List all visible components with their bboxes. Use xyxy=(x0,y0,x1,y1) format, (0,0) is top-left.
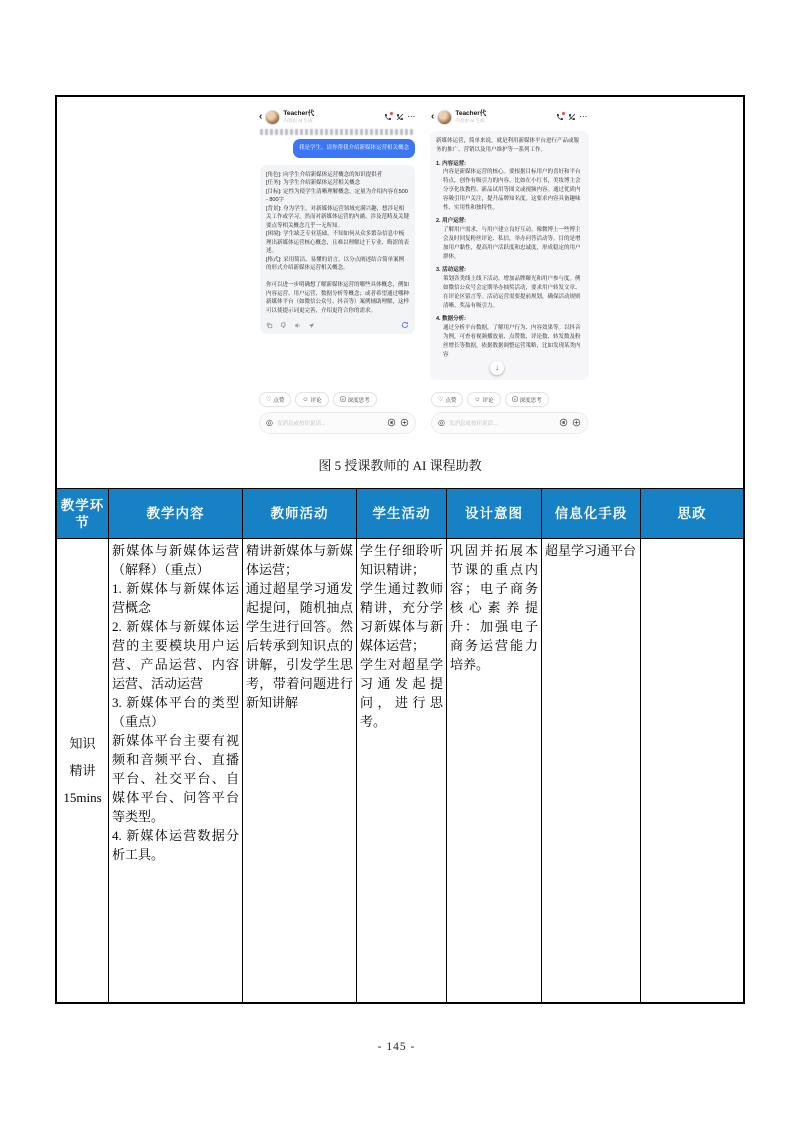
back-icon[interactable]: ‹ xyxy=(259,112,262,122)
notification-dot xyxy=(390,112,393,115)
answer-item: 4. 数据分析: 通过分析平台数据，了解用户行为、内容效果等。以抖音为例，可查看… xyxy=(436,315,583,359)
cell-student-activity: 学生仔细聆听知识精讲； 学生通过教师精讲，充分学习新媒体与新媒体运营； 学生对超… xyxy=(357,539,447,1002)
message-tools-row xyxy=(266,321,409,329)
answer-intro: 新媒体运营，简单来说，就是利用新媒体平台进行产品或服务的推广、营销以及用户维护等… xyxy=(436,137,583,155)
document-page: ‹ Teacher代 内容由 AI 生成 ⋯ xyxy=(0,0,793,1122)
notification-dot xyxy=(562,112,565,115)
header-ideology: 思政 xyxy=(641,489,743,538)
header-it-tools: 信息化手段 xyxy=(542,489,641,538)
more-icon[interactable]: ⋯ xyxy=(407,113,416,122)
call-muted-icon[interactable] xyxy=(395,113,404,122)
input-placeholder: 发消息或按住说话... xyxy=(449,419,555,427)
header-content: 教学内容 xyxy=(109,489,243,538)
figure-caption: 图 5 授课教师的 AI 课程助教 xyxy=(57,455,743,474)
voice-icon[interactable] xyxy=(387,418,396,429)
header-design-intent: 设计意图 xyxy=(447,489,542,538)
avatar xyxy=(265,110,280,125)
deep-think-button[interactable]: 深度思考 xyxy=(505,392,549,407)
ai-generated-label: 内容由 AI 生成 xyxy=(455,118,486,123)
header-teacher-activity: 教师活动 xyxy=(243,489,357,538)
comment-button[interactable]: ☺评论 xyxy=(467,392,500,407)
camera-icon[interactable]: ◎ xyxy=(266,419,273,427)
user-message-bubble: 我是学生，请你帮我介绍新媒体运营相关概念 xyxy=(293,139,415,158)
input-placeholder: 发消息或按住说话... xyxy=(277,419,383,427)
header-stage: 教学环节 xyxy=(57,489,109,538)
ai-message-bubble: [角色]: 向学生介绍新媒体运营概念的知识提供者 [任务]: 为学生介绍新媒体运… xyxy=(260,165,415,335)
quick-actions: ♡点赞 ☺评论 深度思考 xyxy=(259,392,416,407)
deep-think-icon xyxy=(340,396,346,404)
regenerate-icon[interactable] xyxy=(401,321,409,329)
like-button[interactable]: ♡点赞 xyxy=(431,392,463,407)
ai-generated-label: 内容由 AI 生成 xyxy=(283,118,314,123)
chat-footer: ♡点赞 ☺评论 深度思考 ◎ 发消息或按住说话... xyxy=(255,392,420,438)
voice-call-icon[interactable] xyxy=(383,113,392,122)
thumbs-down-icon[interactable] xyxy=(280,322,287,329)
more-icon[interactable]: ⋯ xyxy=(579,113,588,122)
cell-teacher-activity: 精讲新媒体与新媒体运营； 通过超星学习通发起提问，随机抽点学生进行回答。然后转承… xyxy=(243,539,357,1002)
comment-icon: ☺ xyxy=(474,397,480,403)
voice-call-icon[interactable] xyxy=(555,113,564,122)
comment-icon: ☺ xyxy=(302,397,308,403)
call-muted-icon[interactable] xyxy=(567,113,576,122)
answer-item: 2. 用户运营: 了解用户需求，与用户建立良好互动。像微博上一些博主会及时回复粉… xyxy=(436,217,583,261)
heart-icon: ♡ xyxy=(266,397,271,403)
cell-it-tools: 超星学习通平台 xyxy=(542,539,641,1002)
header-student-activity: 学生活动 xyxy=(357,489,447,538)
page-number: - 145 - xyxy=(0,1041,793,1053)
chat-footer: ♡点赞 ☺评论 深度思考 ◎ 发消息或按住说话... xyxy=(427,392,592,438)
ai-message-text: [角色]: 向学生介绍新媒体运营概念的知识提供者 [任务]: 为学生介绍新媒体运… xyxy=(266,171,409,316)
clipped-previous-message xyxy=(260,129,415,135)
answer-item: 1. 内容运营: 内容是新媒体运营的核心。要根据目标用户的喜好和平台特点，创作有… xyxy=(436,160,583,213)
comment-button[interactable]: ☺评论 xyxy=(295,392,328,407)
chat-header: ‹ Teacher代 内容由 AI 生成 ⋯ xyxy=(427,105,592,129)
plus-icon[interactable] xyxy=(400,418,409,429)
cell-design-intent: 巩固并拓展本节课的重点内容；电子商务核心素养提升：加强电子商务运营能力培养。 xyxy=(447,539,542,1002)
quick-actions: ♡点赞 ☺评论 深度思考 xyxy=(431,392,588,407)
camera-icon[interactable]: ◎ xyxy=(438,419,445,427)
chat-header: ‹ Teacher代 内容由 AI 生成 ⋯ xyxy=(255,105,420,129)
plus-icon[interactable] xyxy=(572,418,581,429)
down-arrow-icon: ↓ xyxy=(495,362,499,375)
avatar xyxy=(437,110,452,125)
message-input[interactable]: ◎ 发消息或按住说话... xyxy=(431,412,588,434)
deep-think-icon xyxy=(512,396,518,404)
scroll-to-bottom-button[interactable]: ↓ xyxy=(490,361,504,375)
table-row: 知识 精讲 15mins 新媒体与新媒体运营（解释）（重点） 1. 新媒体与新媒… xyxy=(57,539,743,1002)
chat-screenshot-right: ‹ Teacher代 内容由 AI 生成 ⋯ xyxy=(427,105,592,438)
cell-stage: 知识 精讲 15mins xyxy=(57,539,109,1002)
table-header-row: 教学环节 教学内容 教师活动 学生活动 设计意图 信息化手段 思政 xyxy=(57,489,743,539)
cell-content: 新媒体与新媒体运营（解释）（重点） 1. 新媒体与新媒体运营概念 2. 新媒体与… xyxy=(109,539,243,1002)
figure-row: ‹ Teacher代 内容由 AI 生成 ⋯ xyxy=(57,97,743,489)
voice-icon[interactable] xyxy=(559,418,568,429)
chat-screenshot-left: ‹ Teacher代 内容由 AI 生成 ⋯ xyxy=(255,105,420,438)
copy-icon[interactable] xyxy=(266,322,273,329)
deep-think-button[interactable]: 深度思考 xyxy=(333,392,377,407)
cell-ideology xyxy=(641,539,743,1002)
answer-item: 3. 活动运营: 策划各类线上线下活动，增加品牌曝光和用户参与度。例如微信公众号… xyxy=(436,266,583,310)
like-button[interactable]: ♡点赞 xyxy=(259,392,291,407)
share-icon[interactable] xyxy=(308,322,315,329)
lesson-plan-table: ‹ Teacher代 内容由 AI 生成 ⋯ xyxy=(55,95,745,1004)
speaker-icon[interactable] xyxy=(294,322,301,329)
ai-answer-panel: 新媒体运营，简单来说，就是利用新媒体平台进行产品或服务的推广、营销以及用户维护等… xyxy=(430,131,589,380)
back-icon[interactable]: ‹ xyxy=(431,112,434,122)
message-input[interactable]: ◎ 发消息或按住说话... xyxy=(259,412,416,434)
heart-icon: ♡ xyxy=(438,397,443,403)
